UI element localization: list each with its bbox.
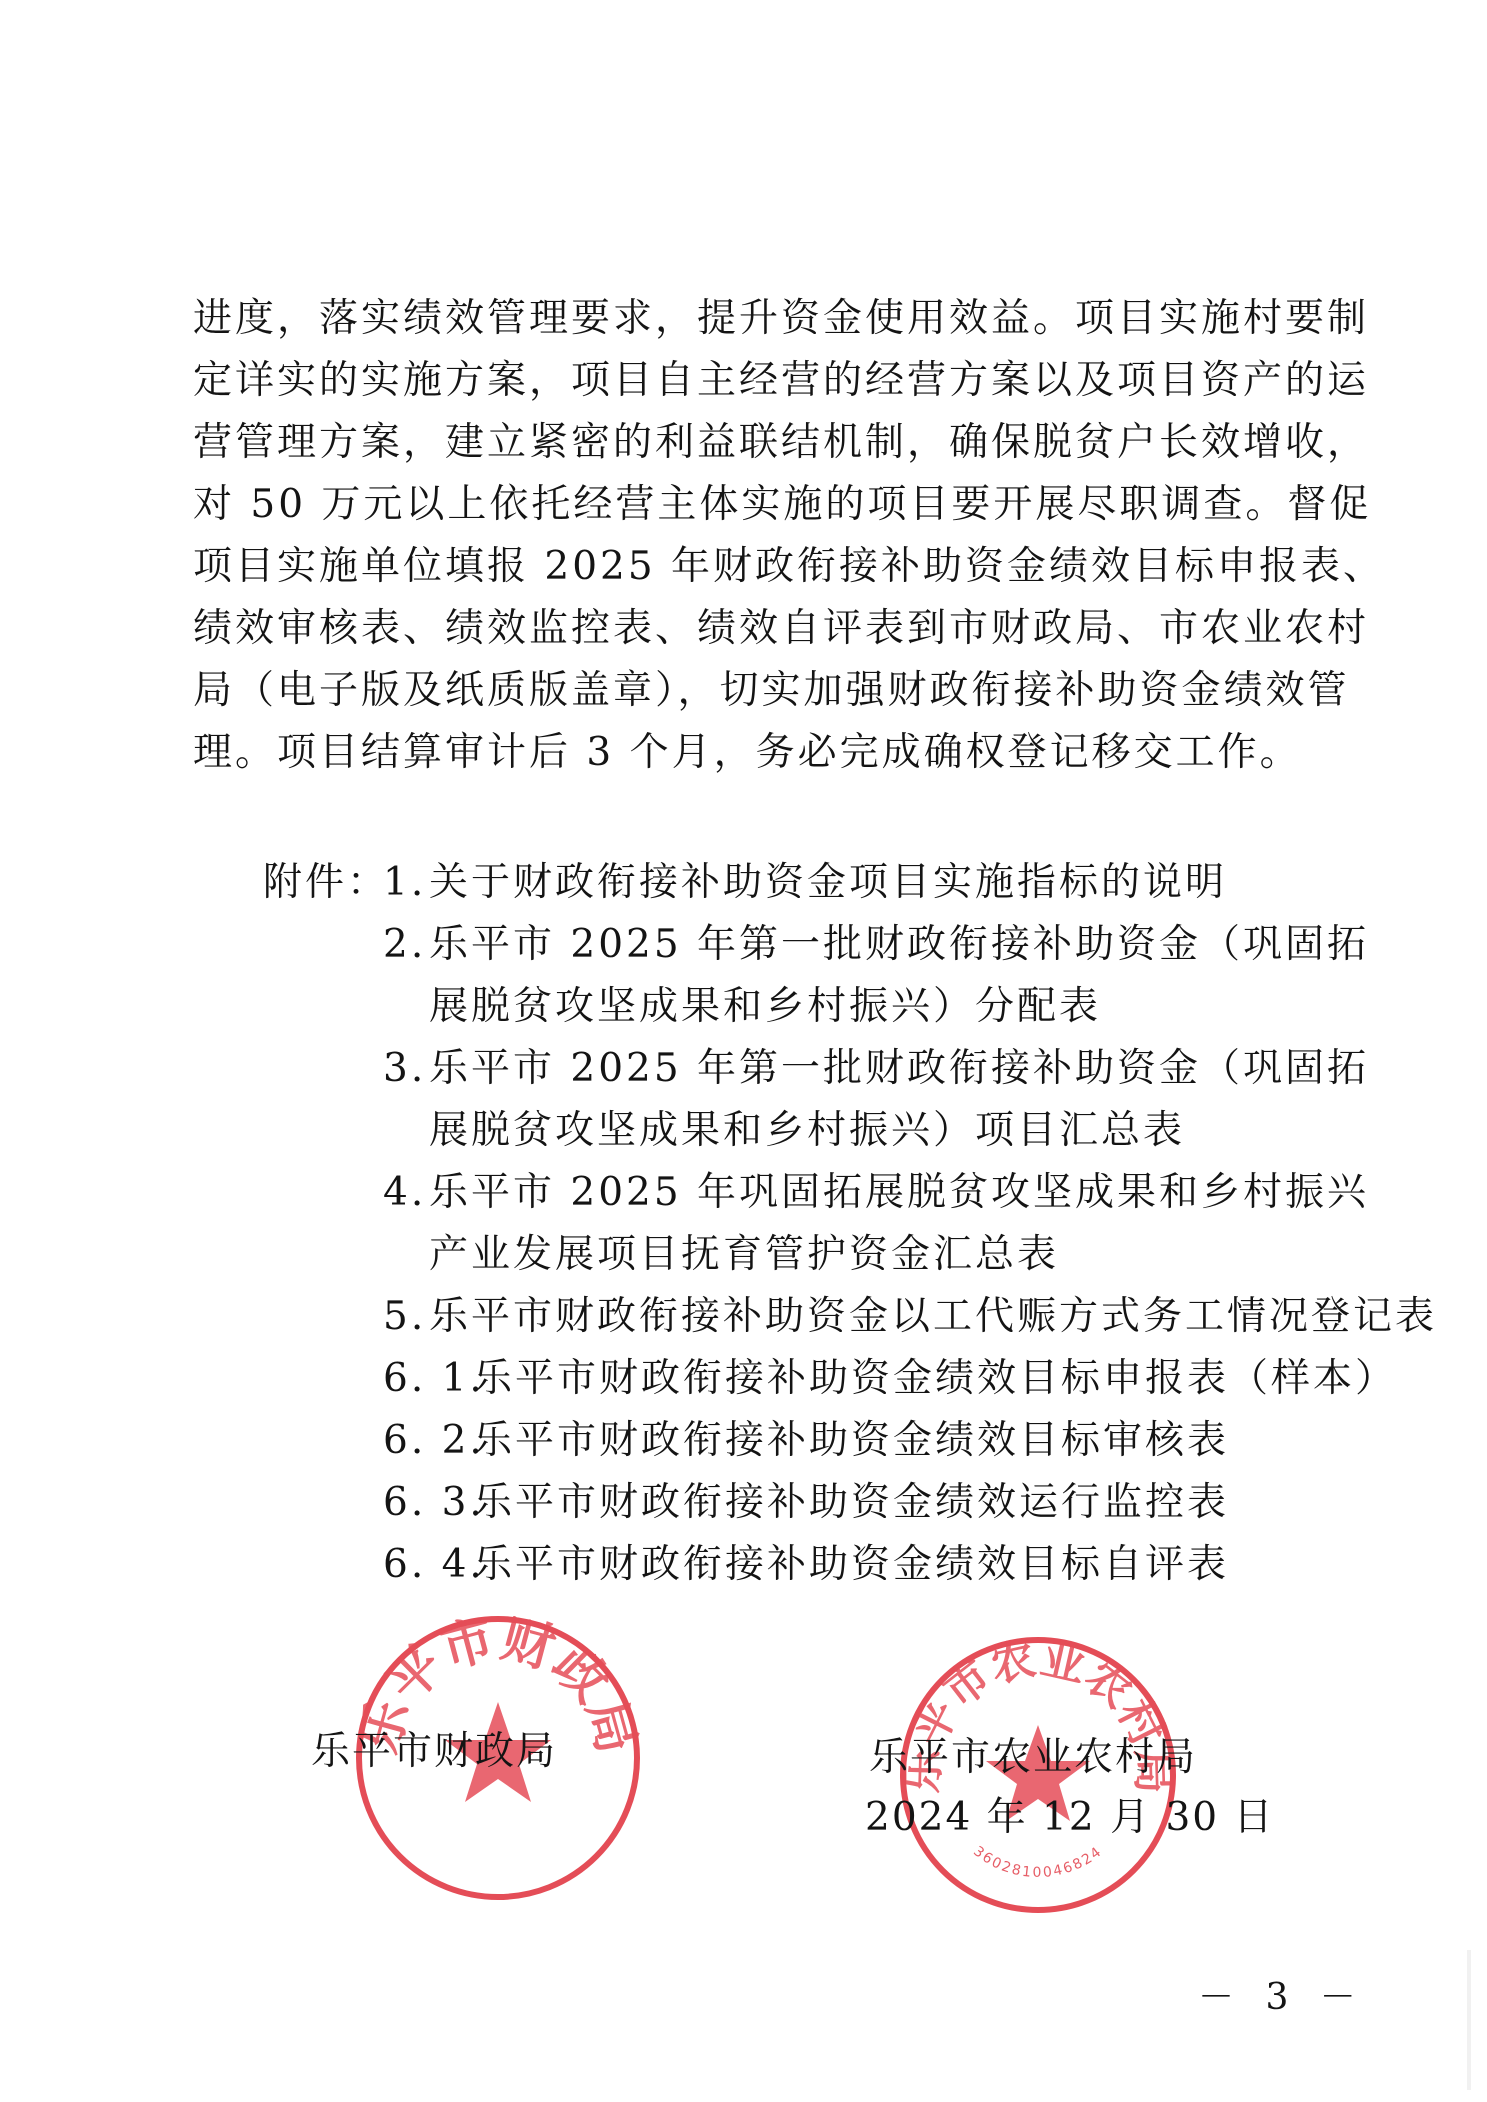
body-line: 定详实的实施方案，项目自主经营的经营方案以及项目资产的运 — [193, 350, 1293, 412]
attachment-item-4: 4. 乐平市 2025 年巩固拓展脱贫攻坚成果和乡村振兴 — [263, 1162, 1303, 1224]
attachment-title-continued: 展脱贫攻坚成果和乡村振兴）分配表 — [429, 976, 1101, 1038]
scan-edge-artifact — [1467, 1950, 1471, 2090]
attachment-title-continued: 产业发展项目抚育管护资金汇总表 — [429, 1224, 1059, 1286]
attachment-title: 乐平市财政衔接补助资金绩效目标自评表 — [473, 1534, 1229, 1596]
attachment-title: 关于财政衔接补助资金项目实施指标的说明 — [429, 852, 1227, 914]
attachment-item-3: 3. 乐平市 2025 年第一批财政衔接补助资金（巩固拓 — [263, 1038, 1303, 1100]
attachment-title: 乐平市财政衔接补助资金绩效目标审核表 — [473, 1410, 1229, 1472]
body-line: 项目实施单位填报 2025 年财政衔接补助资金绩效目标申报表、 — [193, 536, 1293, 598]
attachment-number: 6. 2. — [383, 1410, 485, 1472]
body-line: 理。项目结算审计后 3 个月，务必完成确权登记移交工作。 — [193, 722, 1293, 784]
attachment-item-6-1: 6. 1. 乐平市财政衔接补助资金绩效目标申报表（样本） — [263, 1348, 1303, 1410]
attachment-number: 6. 4. — [383, 1534, 485, 1596]
attachment-item-2-cont: 展脱贫攻坚成果和乡村振兴）分配表 — [263, 976, 1303, 1038]
page-number: － 3 － — [1198, 1978, 1366, 2018]
attachment-number: 2. — [383, 914, 426, 976]
attachment-item-6-4: 6. 4. 乐平市财政衔接补助资金绩效目标自评表 — [263, 1534, 1303, 1596]
body-line: 对 50 万元以上依托经营主体实施的项目要开展尽职调查。督促 — [193, 474, 1293, 536]
attachment-item-4-cont: 产业发展项目抚育管护资金汇总表 — [263, 1224, 1303, 1286]
attachment-title: 乐平市 2025 年巩固拓展脱贫攻坚成果和乡村振兴 — [429, 1162, 1369, 1224]
document-page: 进度，落实绩效管理要求，提升资金使用效益。项目实施村要制 定详实的实施方案，项目… — [0, 0, 1487, 2102]
attachment-item-3-cont: 展脱贫攻坚成果和乡村振兴）项目汇总表 — [263, 1100, 1303, 1162]
attachment-item-6-2: 6. 2. 乐平市财政衔接补助资金绩效目标审核表 — [263, 1410, 1303, 1472]
attachment-title: 乐平市财政衔接补助资金以工代赈方式务工情况登记表 — [429, 1286, 1437, 1348]
attachment-item-2: 2. 乐平市 2025 年第一批财政衔接补助资金（巩固拓 — [263, 914, 1303, 976]
attachment-number: 1. — [383, 852, 426, 914]
signature-agriculture-bureau: 乐平市农业农村局 — [869, 1738, 1197, 1778]
attachment-title: 乐平市 2025 年第一批财政衔接补助资金（巩固拓 — [429, 914, 1369, 976]
body-line: 局（电子版及纸质版盖章），切实加强财政衔接补助资金绩效管 — [193, 660, 1293, 722]
body-paragraph: 进度，落实绩效管理要求，提升资金使用效益。项目实施村要制 定详实的实施方案，项目… — [193, 288, 1293, 784]
attachment-title: 乐平市 2025 年第一批财政衔接补助资金（巩固拓 — [429, 1038, 1369, 1100]
attachment-item-1: 附件： 1. 关于财政衔接补助资金项目实施指标的说明 — [263, 852, 1303, 914]
attachment-number: 3. — [383, 1038, 426, 1100]
body-line: 营管理方案，建立紧密的利益联结机制，确保脱贫户长效增收， — [193, 412, 1293, 474]
signature-finance-bureau: 乐平市财政局 — [311, 1732, 557, 1772]
body-line: 绩效审核表、绩效监控表、绩效自评表到市财政局、市农业农村 — [193, 598, 1293, 660]
attachment-number: 6. 1. — [383, 1348, 485, 1410]
attachment-number: 5. — [383, 1286, 426, 1348]
attachment-item-5: 5. 乐平市财政衔接补助资金以工代赈方式务工情况登记表 — [263, 1286, 1303, 1348]
attachment-number: 6. 3. — [383, 1472, 485, 1534]
attachment-item-6-3: 6. 3. 乐平市财政衔接补助资金绩效运行监控表 — [263, 1472, 1303, 1534]
attachment-title-continued: 展脱贫攻坚成果和乡村振兴）项目汇总表 — [429, 1100, 1185, 1162]
attachment-number: 4. — [383, 1162, 426, 1224]
body-line: 进度，落实绩效管理要求，提升资金使用效益。项目实施村要制 — [193, 288, 1293, 350]
attachment-title: 乐平市财政衔接补助资金绩效运行监控表 — [473, 1472, 1229, 1534]
signature-date: 2024 年 12 月 30 日 — [865, 1798, 1275, 1838]
svg-text:3602810046824: 3602810046824 — [970, 1843, 1106, 1881]
attachments-label: 附件： — [263, 852, 389, 914]
attachments-list: 附件： 1. 关于财政衔接补助资金项目实施指标的说明 2. 乐平市 2025 年… — [263, 852, 1303, 1596]
attachment-title: 乐平市财政衔接补助资金绩效目标申报表（样本） — [473, 1348, 1397, 1410]
